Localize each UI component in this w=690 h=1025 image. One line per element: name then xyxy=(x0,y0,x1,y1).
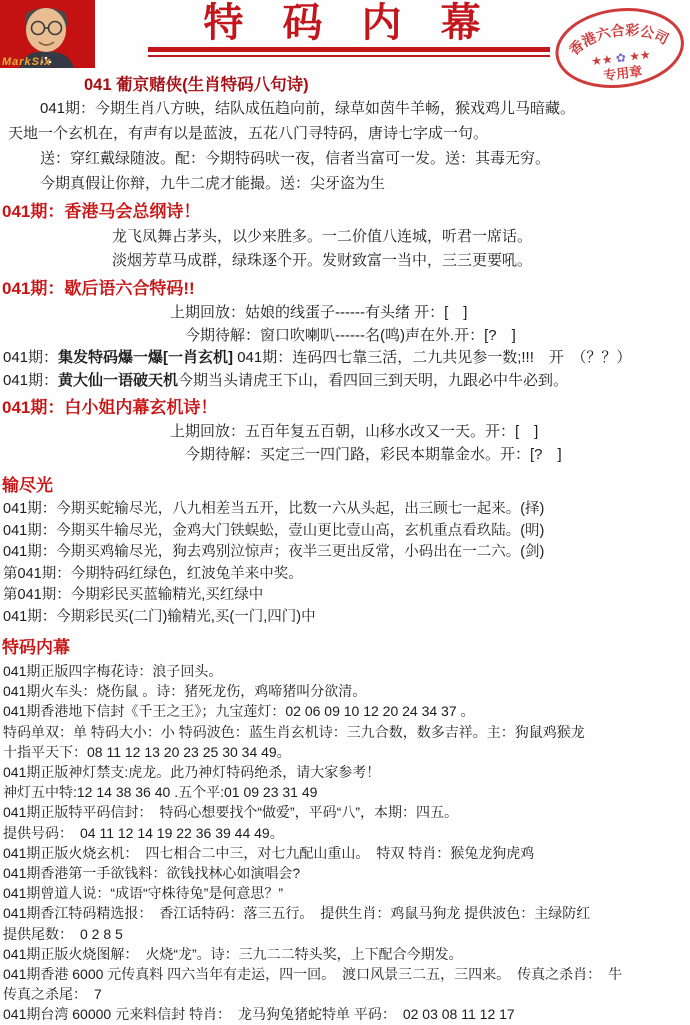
text-line: 041期曾道人说：“成语“守株待兔”是何意思？” xyxy=(0,883,690,903)
section-xiehouyu: 上期回放：姑娘的线蛋子------有头绪 开：[ ] 今期待解：窗口吹喇叭---… xyxy=(0,302,690,392)
section-insider: 041期正版四字梅花诗：浪子回头。 041期火车头：烧伤鼠 。诗：猪死龙伤，鸡啼… xyxy=(0,661,690,1025)
stamp-stars-right: ★★ xyxy=(628,47,651,64)
text-line: 041期：今期彩民买(二门)输精光,买(一门,四门)中 xyxy=(0,607,690,629)
text-line: 041期正版四字梅花诗：浪子回头。 xyxy=(0,661,690,681)
text-line: 041期香江特码精选报： 香江话特码：落三五行。 提供生肖：鸡鼠马狗龙 提供波色… xyxy=(0,903,690,923)
text-line: 041期正版神灯禁支:虎龙。此乃神灯特码绝杀，请大家参考！ xyxy=(0,762,690,782)
line-bold-segment: 集发特码爆一爆[一肖玄机] xyxy=(58,349,233,366)
text-line: 天地一个玄机在，有声有以是蓝波，五花八门寻特码，唐诗七字成一句。 xyxy=(0,121,690,146)
text-line: 上期回放：五百年复五百朝，山移水改又一天。开：[ ] xyxy=(0,421,690,444)
text-line: 041期：黄大仙一语破天机今期当头请虎王下山，看四回三到天明，九跟必中牛必到。 xyxy=(0,370,690,393)
section-heading-insider: 特码内幕 xyxy=(2,637,690,658)
text-line: 神灯五中特:12 14 38 36 40 .五个平:01 09 23 31 49 xyxy=(0,782,690,802)
text-line: 041期：集发特码爆一爆[一肖玄机] 041期：连码四七靠三活，二九共见参一数;… xyxy=(0,347,690,370)
text-line: 今期真假让你辩，九牛二虎才能撮。送：尖牙盗为生 xyxy=(0,171,690,196)
text-line: 041期火车头：烧伤鼠 。诗：猪死龙伤，鸡啼猪叫分欲清。 xyxy=(0,681,690,701)
section-pujing: 041期：今期生肖八方映，结队成伍趋向前，绿草如茵牛羊畅，猴戏鸡儿马暗藏。 天地… xyxy=(0,96,690,196)
photo-caption: MarkSix xyxy=(2,56,51,68)
text-line: 041期香港第一手欲钱料：欲钱找林心如演唱会? xyxy=(0,863,690,883)
stamp-stars-left: ★★ xyxy=(590,52,613,69)
line-prefix: 041期： xyxy=(3,349,58,366)
text-line: 送：穿红戴绿随波。配：今期特码吠一夜，信者当富可一发。送：其毒无穷。 xyxy=(0,146,690,171)
masthead: MarkSix 特 码 内 幕 香港六合彩公司 ★★ ✿ ★★ 专用章 xyxy=(0,0,690,68)
line-rest: 041期：连码四七靠三活，二九共见参一数;!!! 开 （？？） xyxy=(233,349,631,366)
section-heading-baixiaojie: 041期：白小姐内幕玄机诗！ xyxy=(2,397,690,418)
text-line: 041期：今期买鸡输尽光，狗去鸡别泣惊声；夜半三更出反常，小码出在一二六。(剑) xyxy=(0,542,690,564)
section-baixiaojie: 上期回放：五百年复五百朝，山移水改又一天。开：[ ] 今期待解：买定三一四门路，… xyxy=(0,421,690,466)
text-line: 特码单双：单 特码大小：小 特码波色：蓝生肖玄机诗：三九合数，数多吉祥。主：狗鼠… xyxy=(0,722,690,742)
text-line: 041期香港 6000 元传真料 四六当年有走运，四一回。 渡口风景三二五，三四… xyxy=(0,964,690,984)
line-rest: 今期当头请虎王下山，看四回三到天明，九跟必中牛必到。 xyxy=(178,372,568,389)
text-line: 淡烟芳草马成群，绿珠逐个开。发财致富一当中，三三更要吼。 xyxy=(0,249,690,273)
text-line: 041期正版特平码信封： 特码心想要找个“做爱”，平码“八”，本期：四五。 xyxy=(0,802,690,822)
text-line: 041期正版火烧图解： 火烧“龙”。诗：三九二二特头奖，上下配合今期发。 xyxy=(0,944,690,964)
section-heading-xiehouyu: 041期：歇后语六合特码!! xyxy=(2,278,690,299)
text-line: 今期待解：买定三一四门路，彩民本期靠金水。开：[? ] xyxy=(0,444,690,467)
page-title: 特 码 内 幕 xyxy=(148,0,550,46)
text-line: 龙飞凤舞占茅头，以少来胜多。一二价值八连城，听君一席话。 xyxy=(0,225,690,249)
line-prefix: 041期： xyxy=(3,372,58,389)
text-line: 上期回放：姑娘的线蛋子------有头绪 开：[ ] xyxy=(0,302,690,325)
text-line: 041期：今期买蛇输尽光，八九相差当五开，比数一六从头起，出三顾七一起来。(择) xyxy=(0,499,690,521)
line-bold-segment: 黄大仙一语破天机 xyxy=(58,372,178,389)
stamp-oval-icon: 香港六合彩公司 ★★ ✿ ★★ 专用章 xyxy=(547,0,690,100)
text-line: 提供尾数： 0 2 8 5 xyxy=(0,924,690,944)
section-manghui: 龙飞凤舞占茅头，以少来胜多。一二价值八连城，听君一席话。 淡烟芳草马成群，绿珠逐… xyxy=(0,225,690,273)
text-line: 十指平天下：08 11 12 13 20 23 25 30 34 49。 xyxy=(0,742,690,762)
title-block: 特 码 内 幕 xyxy=(148,0,550,57)
stamp-bottom-text: 专用章 xyxy=(603,64,644,84)
text-line: 041期正版火烧玄机： 四七相合二中三，对七九配山重山。 特双 特肖：猴兔龙狗虎… xyxy=(0,843,690,863)
text-line: 041期台湾 60000 元来料信封 特肖： 龙马狗兔猪蛇特单 平码： 02 0… xyxy=(0,1004,690,1024)
company-stamp: 香港六合彩公司 ★★ ✿ ★★ 专用章 xyxy=(547,0,690,105)
flower-icon: ✿ xyxy=(615,50,627,65)
leaflet-page: MarkSix 特 码 内 幕 香港六合彩公司 ★★ ✿ ★★ 专用章 xyxy=(0,0,690,1025)
section-heading-shujinguang: 输尽光 xyxy=(2,475,690,496)
text-line: 传真之杀尾： 7 xyxy=(0,984,690,1004)
text-line: 第041期：今期特码红绿色，红波兔羊来中奖。 xyxy=(0,564,690,586)
portrait-photo: MarkSix xyxy=(0,0,95,68)
text-line: 今期待解：窗口吹喇叭------名(鸣)声在外.开：[? ] xyxy=(0,325,690,348)
section-heading-manghui: 041期：香港马会总纲诗！ xyxy=(2,201,690,222)
text-line: 第041期：今期彩民买蓝输精光,买红绿中 xyxy=(0,585,690,607)
text-line: 041期香港地下信封《千王之王》；九宝莲灯：02 06 09 10 12 20 … xyxy=(0,701,690,721)
text-line: 提供号码： 04 11 12 14 19 22 36 39 44 49。 xyxy=(0,823,690,843)
text-line: 041期：今期买牛输尽光，金鸡大门铁蜈蚣，壹山更比壹山高，玄机重点看玖陆。(明) xyxy=(0,521,690,543)
section-shujinguang: 041期：今期买蛇输尽光，八九相差当五开，比数一六从头起，出三顾七一起来。(择)… xyxy=(0,499,690,628)
title-underline xyxy=(148,47,550,57)
